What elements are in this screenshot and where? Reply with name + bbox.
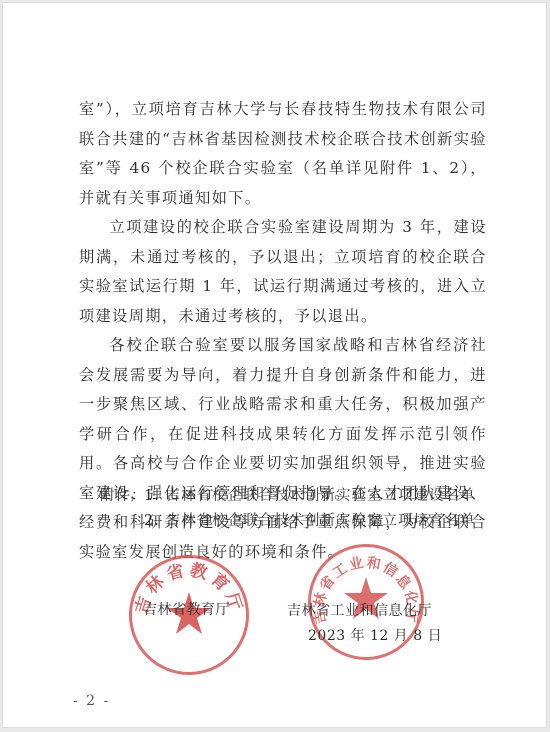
signature-date: 2023 年 12 月 8 日 (308, 625, 442, 645)
attachments-list: 附件：1. 吉林省校企联合技术创新实验室立项建设名单 2. 吉林省校企联合技术创… (100, 484, 475, 534)
paragraph-1: 室”），立项培育吉林大学与长春技特生物技术有限公司联合共建的“吉林省基因检测技术… (79, 95, 487, 213)
document-page: 室”），立项培育吉林大学与长春技特生物技术有限公司联合共建的“吉林省基因检测技术… (2, 2, 547, 728)
attachment-row-2: 2. 吉林省校企联合技术创新实验室立项培育名单 (100, 509, 475, 534)
signature-industry-dept: 吉林省工业和信息化厅 (287, 600, 432, 620)
attachment-row-1: 附件：1. 吉林省校企联合技术创新实验室立项建设名单 (100, 484, 475, 509)
attachment-item-2: 2. 吉林省校企联合技术创新实验室立项培育名单 (144, 513, 475, 529)
signature-education-dept: 吉林省教育厅 (143, 599, 230, 619)
page-number: - 2 - (73, 693, 110, 709)
attachments-label: 附件： (100, 484, 144, 509)
paragraph-2: 立项建设的校企联合实验室建设周期为 3 年，建设期满，未通过考核的，予以退出；立… (79, 213, 487, 331)
attachment-item-1: 1. 吉林省校企联合技术创新实验室立项建设名单 (144, 488, 475, 504)
